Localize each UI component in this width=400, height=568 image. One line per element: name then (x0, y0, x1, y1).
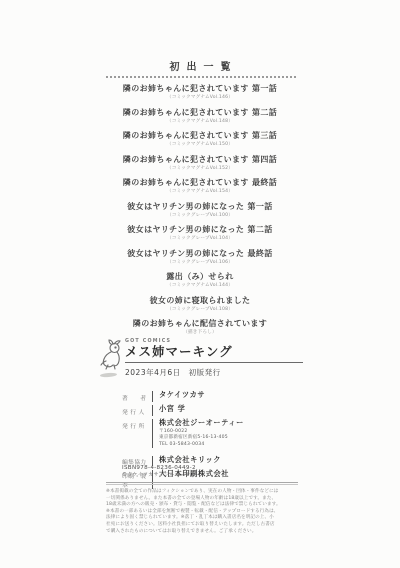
chapter-title: 隣のお姉ちゃんに犯されています 第三話 (123, 132, 277, 140)
credit-role: 発 行 所 (122, 419, 152, 448)
publisher-name: 株式会社ジーオーティー (159, 418, 244, 427)
list-item: 露出（み）せられ （コミックマグナムVol.144） (166, 273, 233, 288)
edition-line: 2023年4月6日 初版発行 (125, 367, 303, 378)
got-mascot-logo-icon (98, 339, 126, 371)
book-info-block: GOT COMICS メス姉マーキング 2023年4月6日 初版発行 (100, 339, 305, 378)
legal-notice-block: ※本書掲載の全ての作品はフィクションであり、実在の人物・団体・事件などには 一切… (106, 482, 298, 535)
publisher-address: 東京都新宿区新宿5-16-13-405 (159, 435, 244, 441)
credit-row-publisher-company: 発 行 所 株式会社ジーオーティー 〒160-0022 東京都新宿区新宿5-16… (122, 419, 308, 448)
chapter-source: （コミックマグナムVol.146） (123, 95, 277, 100)
list-item: 彼女はヤリチン男の姉になった 最終話 （コミックグレープVol.106） (127, 250, 272, 265)
book-text: GOT COMICS メス姉マーキング 2023年4月6日 初版発行 (125, 339, 303, 378)
list-item: 隣のお姉ちゃんに犯されています 最終話 （コミックマグナムVol.154） (123, 179, 277, 194)
legal-line: で購入されたものについてはお取り替えできません。ご了承ください。 (106, 529, 298, 536)
publisher-postal-code: 〒160-0022 (159, 429, 244, 435)
chapter-source: （コミックマグナムVol.152） (123, 166, 277, 171)
chapter-title: 隣のお姉ちゃんに配信されています (133, 320, 267, 328)
chapter-title: 隣のお姉ちゃんに犯されています 第二話 (123, 109, 277, 117)
chapter-title: 彼女はヤリチン男の姉になった 第二話 (127, 226, 272, 234)
publisher-phone: TEL 03-5843-0034 (159, 442, 244, 448)
dotted-divider (106, 76, 296, 78)
legal-line: 18歳未満の方への販売・頒布・貸与・閲覧・配信などは法律で禁じられています。 (106, 502, 298, 509)
chapter-title: 彼女はヤリチン男の姉になった 最終話 (127, 250, 272, 258)
chapter-source: （コミックグレープVol.104） (127, 236, 272, 241)
colophon-page: 初出一覧 隣のお姉ちゃんに犯されています 第一話 （コミックマグナムVol.14… (0, 0, 400, 568)
book-title: メス姉マーキング (125, 345, 303, 363)
credit-role: 著 者 (122, 391, 152, 402)
list-item: 隣のお姉ちゃんに犯されています 第四話 （コミックマグナムVol.152） (123, 156, 277, 171)
chapter-source: （描き下ろし） (133, 330, 267, 335)
chapter-title: 隣のお姉ちゃんに犯されています 最終話 (123, 179, 277, 187)
credit-role: 発 行 人 (122, 405, 152, 416)
chapter-title: 隣のお姉ちゃんに犯されています 第四話 (123, 156, 277, 164)
first-publication-list: 隣のお姉ちゃんに犯されています 第一話 （コミックマグナムVol.146） 隣の… (0, 85, 400, 335)
legal-line: 社宛にお送りください。送料小社負担にてお取り替えいたします。ただし古書店 (106, 522, 298, 529)
list-item: 隣のお姉ちゃんに犯されています 第三話 （コミックマグナムVol.150） (123, 132, 277, 147)
list-item: 隣のお姉ちゃんに犯されています 第一話 （コミックマグナムVol.146） (123, 85, 277, 100)
section-title: 初出一覧 (0, 58, 400, 73)
chapter-source: （コミックグレープVol.106） (127, 260, 272, 265)
credit-value: タケイツカサ (152, 391, 205, 402)
chapter-title: 彼女の姉に寝取られました (150, 297, 251, 305)
stamp-smudge (100, 372, 117, 377)
credit-value: 株式会社ジーオーティー 〒160-0022 東京都新宿区新宿5-16-13-40… (152, 419, 244, 448)
list-item: 彼女はヤリチン男の姉になった 第一話 （コミックグレープVol.100） (127, 203, 272, 218)
chapter-source: （コミックグレープVol.108） (150, 307, 251, 312)
isbn-number: ISBN978-4-8236-0449-2 (122, 465, 201, 472)
list-item: 彼女の姉に寝取られました （コミックグレープVol.108） (150, 297, 251, 312)
list-item: 隣のお姉ちゃんに犯されています 第二話 （コミックマグナムVol.148） (123, 109, 277, 124)
list-item: 彼女はヤリチン男の姉になった 第二話 （コミックグレープVol.104） (127, 226, 272, 241)
chapter-source: （コミックグレープVol.100） (127, 213, 272, 218)
legal-line: 法律により固く禁じられています。※落丁・乱丁本は購入書店名を明記の上、小 (106, 515, 298, 522)
chapter-source: （コミックマグナムVol.150） (123, 142, 277, 147)
list-item: 隣のお姉ちゃんに配信されています （描き下ろし） (133, 320, 267, 335)
credit-value: 小宮 学 (152, 405, 185, 416)
credit-row-author: 著 者 タケイツカサ (122, 391, 308, 402)
chapter-source: （コミックマグナムVol.154） (123, 189, 277, 194)
credit-row-publisher-person: 発 行 人 小宮 学 (122, 405, 308, 416)
legal-divider (106, 482, 298, 485)
chapter-source: （コミックマグナムVol.148） (123, 119, 277, 124)
chapter-source: （コミックマグナムVol.144） (166, 283, 233, 288)
chapter-title: 露出（み）せられ (166, 273, 233, 281)
isbn-block: ISBN978-4-8236-0449-2 ©タケイツカサ／ジーオーティー (122, 465, 201, 478)
chapter-title: 彼女はヤリチン男の姉になった 第一話 (127, 203, 272, 211)
copyright-line: ©タケイツカサ／ジーオーティー (122, 472, 201, 479)
legal-line: ※本書掲載の全ての作品はフィクションであり、実在の人物・団体・事件などには (106, 489, 298, 496)
chapter-title: 隣のお姉ちゃんに犯されています 第一話 (123, 85, 277, 93)
